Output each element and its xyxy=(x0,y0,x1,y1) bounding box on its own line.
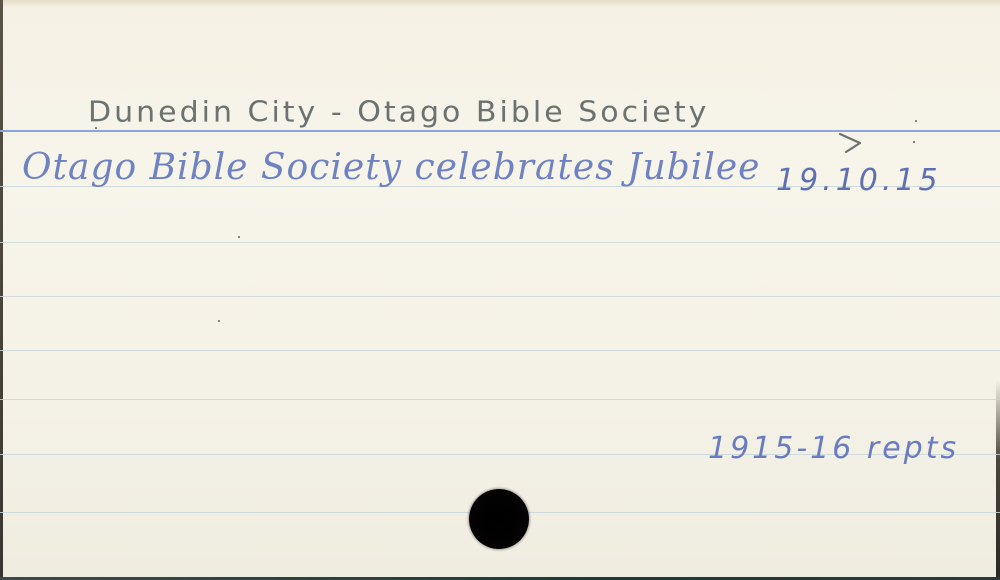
arrow-mark-icon xyxy=(838,132,864,154)
card-top-stain xyxy=(0,0,1000,8)
paper-speck xyxy=(218,320,220,322)
ruled-line xyxy=(0,350,1000,351)
paper-speck xyxy=(238,236,240,238)
entry-date: 19.10.15 xyxy=(776,166,942,196)
index-card: Dunedin City - Otago Bible Society Otago… xyxy=(0,0,1000,580)
card-heading: Dunedin City - Otago Bible Society xyxy=(88,99,709,128)
card-left-edge xyxy=(0,0,3,580)
paper-speck xyxy=(95,127,97,129)
paper-speck xyxy=(915,120,917,122)
ruled-line xyxy=(0,242,1000,243)
card-right-edge xyxy=(996,380,1000,580)
entry-title: Otago Bible Society celebrates Jubilee xyxy=(22,150,760,186)
reports-note: 1915-16 repts xyxy=(708,434,959,464)
ruled-line xyxy=(0,296,1000,297)
paper-speck xyxy=(913,141,915,143)
punch-hole xyxy=(469,489,529,549)
ruled-line xyxy=(0,399,1000,400)
